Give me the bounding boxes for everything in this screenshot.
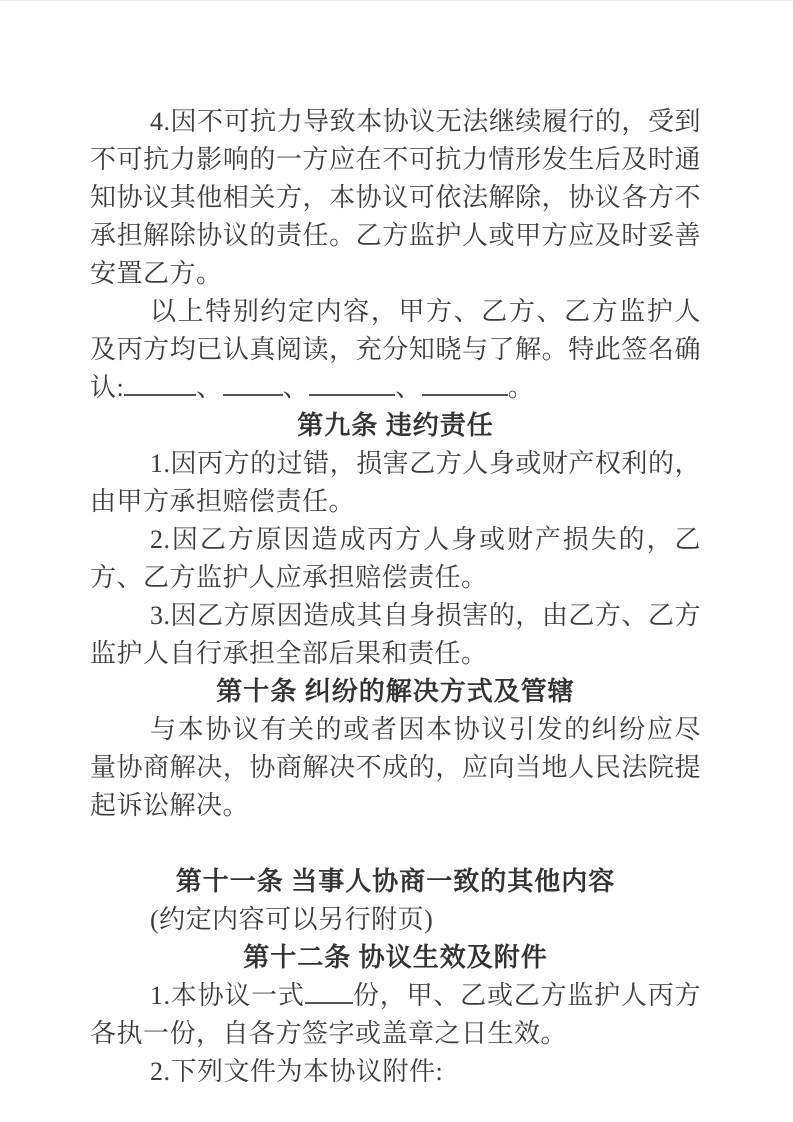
signature-blank-2 <box>223 370 283 396</box>
signature-blank-1 <box>124 370 196 396</box>
clause10-heading: 第十条 纠纷的解决方式及管辖 <box>90 673 701 711</box>
enum-separator-1: 、 <box>196 373 223 402</box>
clause10-body: 与本协议有关的或者因本协议引发的纠纷应尽量协商解决，协商解决不成的，应向当地人民… <box>90 711 701 825</box>
document-page: 4.因不可抗力导致本协议无法继续履行的，受到不可抗力影响的一方应在不可抗力情形发… <box>0 0 793 1122</box>
clause9-heading: 第九条 违约责任 <box>90 407 701 445</box>
signature-blank-4 <box>422 370 508 396</box>
special-agreement-confirmation: 以上特别约定内容，甲方、乙方、乙方监护人及丙方均已认真阅读，充分知晓与了解。特此… <box>90 293 701 407</box>
enum-separator-2: 、 <box>283 373 310 402</box>
sentence-terminator: 。 <box>508 373 535 402</box>
clause11-heading: 第十一条 当事人协商一致的其他内容 <box>90 863 701 901</box>
clause12-item1-prefix: 1.本协议一式 <box>150 981 305 1010</box>
signature-blank-3 <box>309 370 395 396</box>
clause12-heading: 第十二条 协议生效及附件 <box>90 939 701 977</box>
copies-count-blank <box>305 978 353 1004</box>
clause9-item1: 1.因丙方的过错，损害乙方人身或财产权利的，由甲方承担赔偿责任。 <box>90 445 701 521</box>
clause9-item2: 2.因乙方原因造成丙方人身或财产损失的，乙方、乙方监护人应承担赔偿责任。 <box>90 521 701 597</box>
clause12-item1: 1.本协议一式份，甲、乙或乙方监护人丙方各执一份，自各方签字或盖章之日生效。 <box>90 977 701 1053</box>
clause11-attachment-note: (约定内容可以另行附页) <box>90 901 701 939</box>
enum-separator-3: 、 <box>395 373 422 402</box>
clause9-item3: 3.因乙方原因造成其自身损害的，由乙方、乙方监护人自行承担全部后果和责任。 <box>90 597 701 673</box>
blank-line <box>90 825 701 863</box>
clause12-item2: 2.下列文件为本协议附件: <box>90 1053 701 1091</box>
clause8-item4-force-majeure: 4.因不可抗力导致本协议无法继续履行的，受到不可抗力影响的一方应在不可抗力情形发… <box>90 103 701 293</box>
